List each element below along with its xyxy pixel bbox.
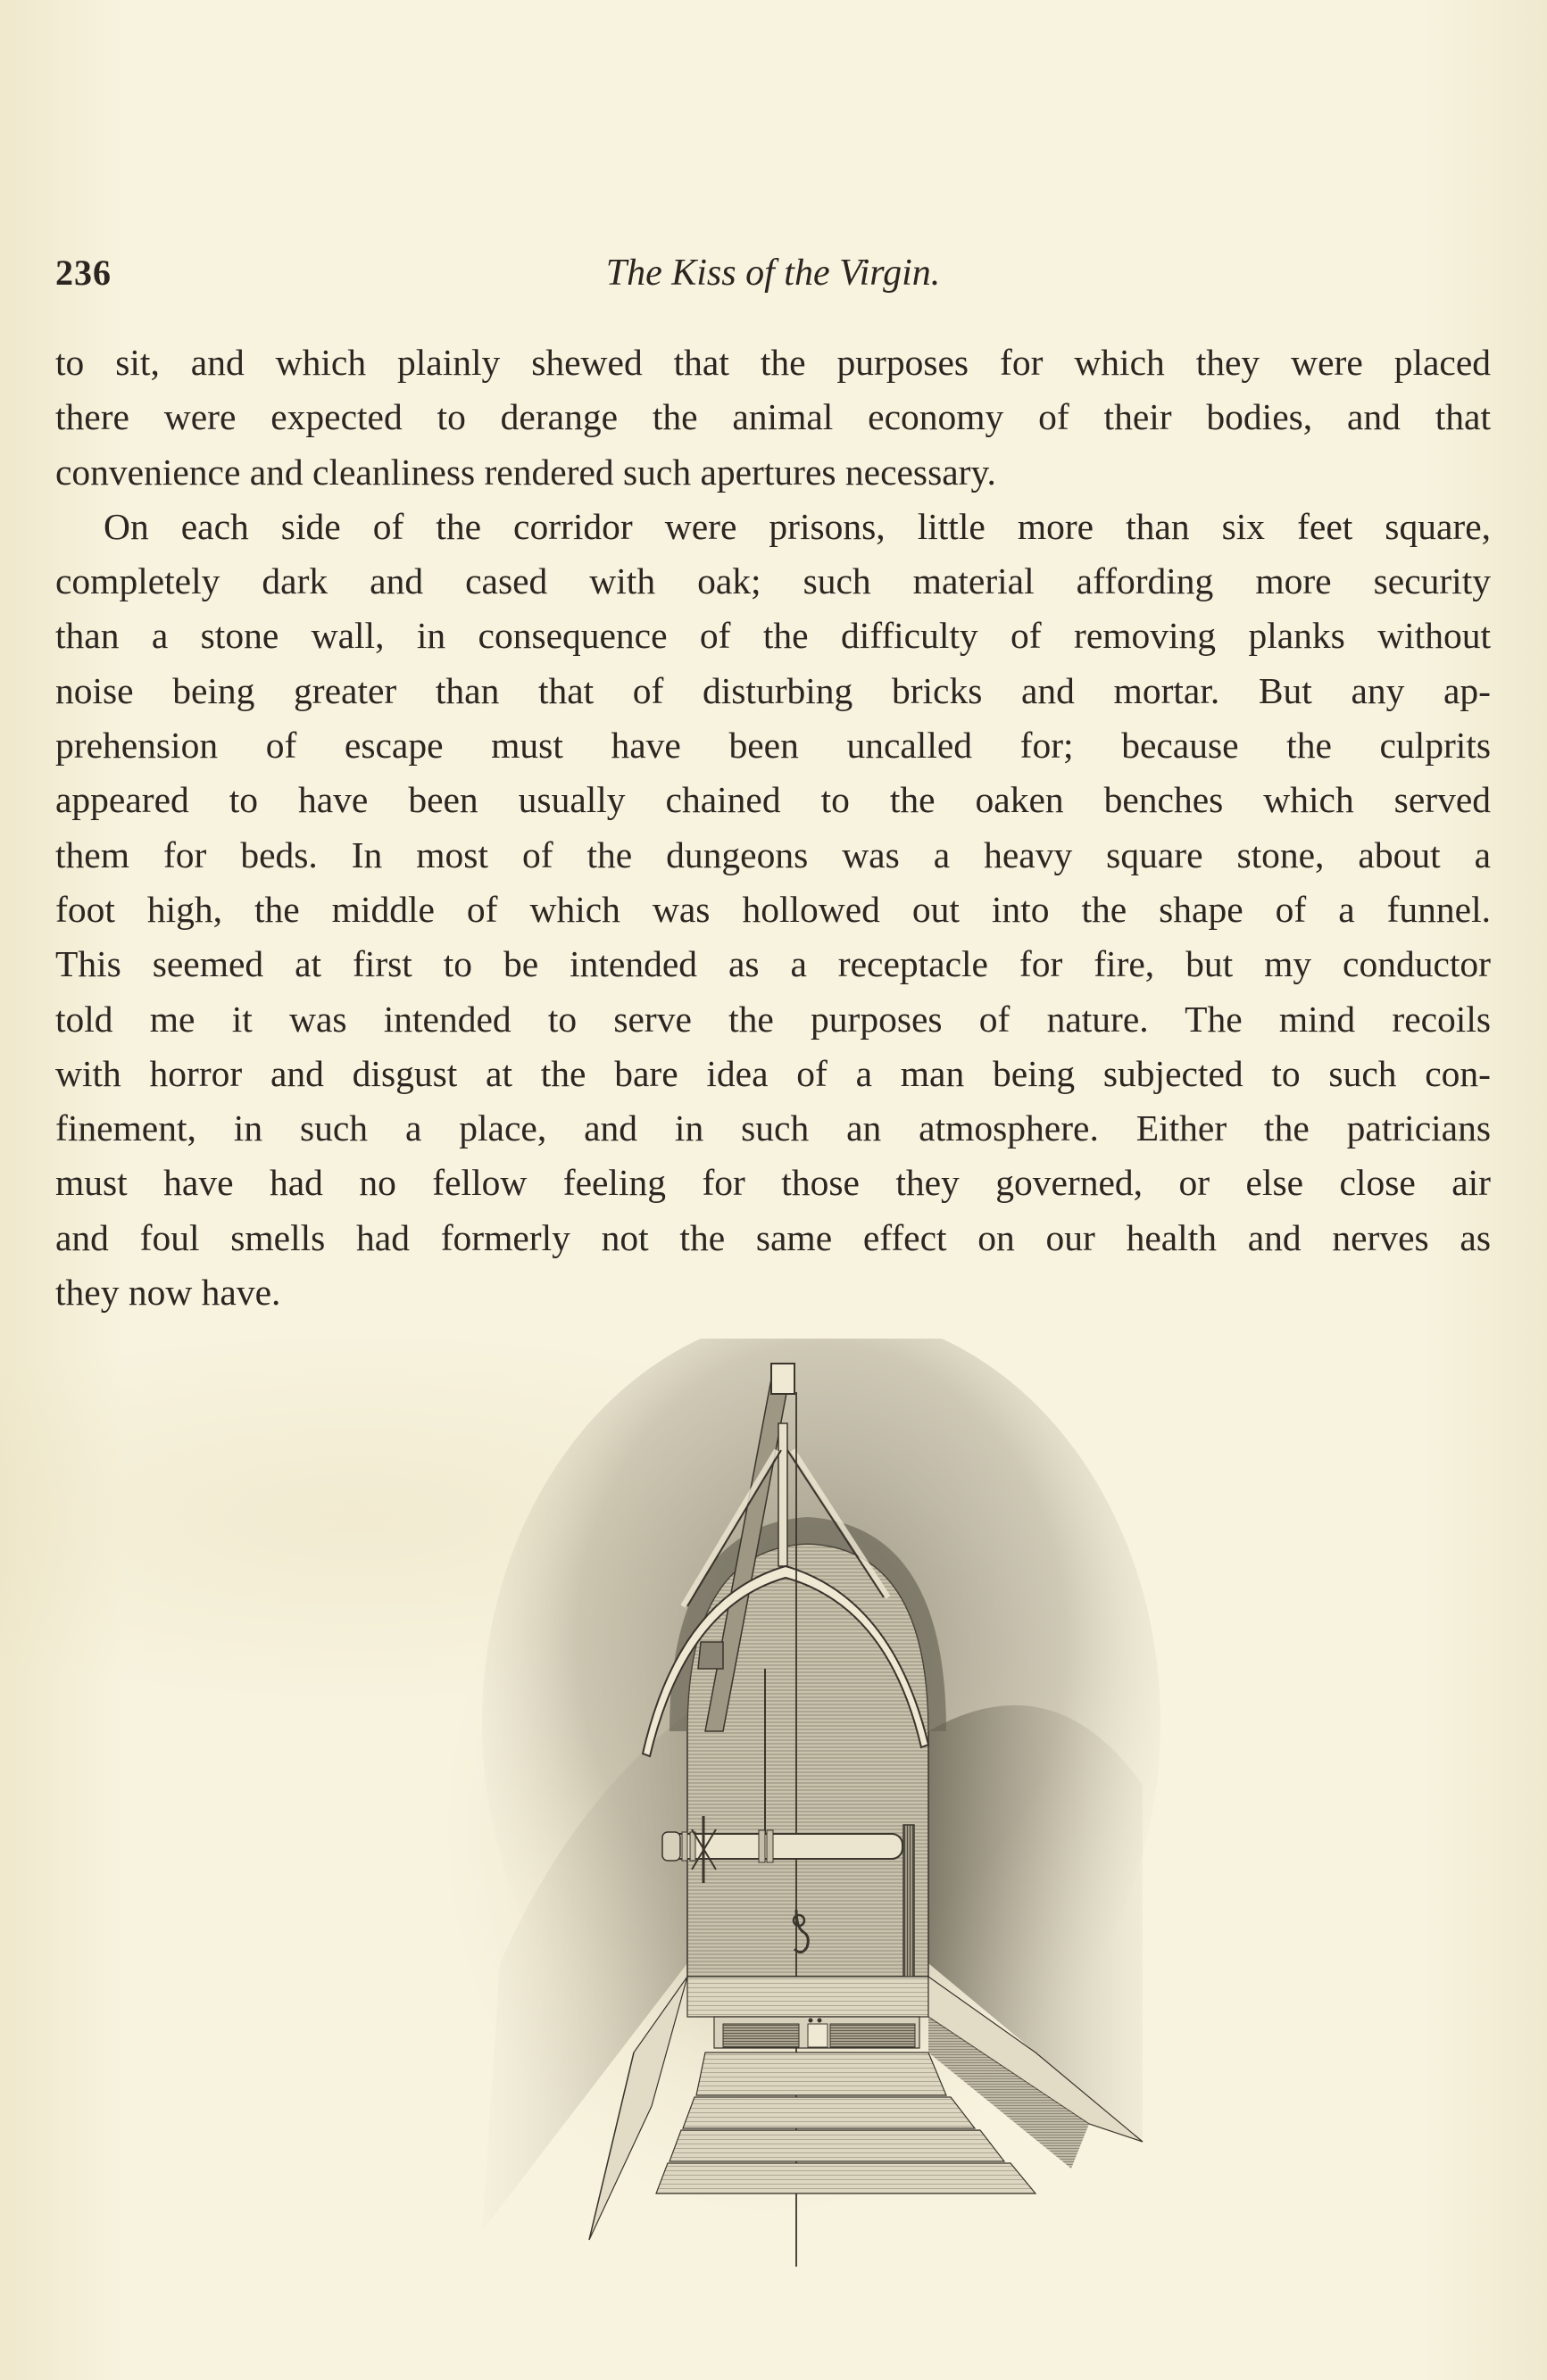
text-line: and foul smells had formerly not the sam… <box>55 1211 1491 1265</box>
text-line: with horror and disgust at the bare idea… <box>55 1047 1491 1101</box>
paragraph-1: to sit, and which plainly shewed that th… <box>55 336 1491 500</box>
text-line: prehension of escape must have been unca… <box>55 718 1491 773</box>
book-page: 236 The Kiss of the Virgin. to sit, and … <box>0 0 1547 2380</box>
text-line: finement, in such a place, and in such a… <box>55 1101 1491 1156</box>
text-line: convenience and cleanliness rendered suc… <box>55 445 1491 500</box>
text-line: On each side of the corridor were prison… <box>55 500 1491 554</box>
text-line: noise being greater than that of disturb… <box>55 664 1491 718</box>
text-line: appeared to have been usually chained to… <box>55 773 1491 827</box>
text-line: they now have. <box>55 1265 1491 1320</box>
text-line: to sit, and which plainly shewed that th… <box>55 336 1491 390</box>
text-line: This seemed at first to be intended as a… <box>55 937 1491 991</box>
paragraph-2: On each side of the corridor were prison… <box>55 500 1491 1320</box>
body-text: to sit, and which plainly shewed that th… <box>55 336 1491 1320</box>
text-line: there were expected to derange the anima… <box>55 390 1491 444</box>
text-line: must have had no fellow feeling for thos… <box>55 1156 1491 1210</box>
text-line: them for beds. In most of the dungeons w… <box>55 828 1491 883</box>
dungeon-engraving <box>464 1339 1160 2267</box>
dungeon-illustration-icon <box>464 1339 1160 2267</box>
text-line: than a stone wall, in consequence of the… <box>55 609 1491 663</box>
text-line: told me it was intended to serve the pur… <box>55 992 1491 1047</box>
running-head: 236 The Kiss of the Virgin. <box>55 252 1491 305</box>
text-line: completely dark and cased with oak; such… <box>55 554 1491 609</box>
text-line: foot high, the middle of which was hollo… <box>55 883 1491 937</box>
running-title: The Kiss of the Virgin. <box>55 252 1491 294</box>
